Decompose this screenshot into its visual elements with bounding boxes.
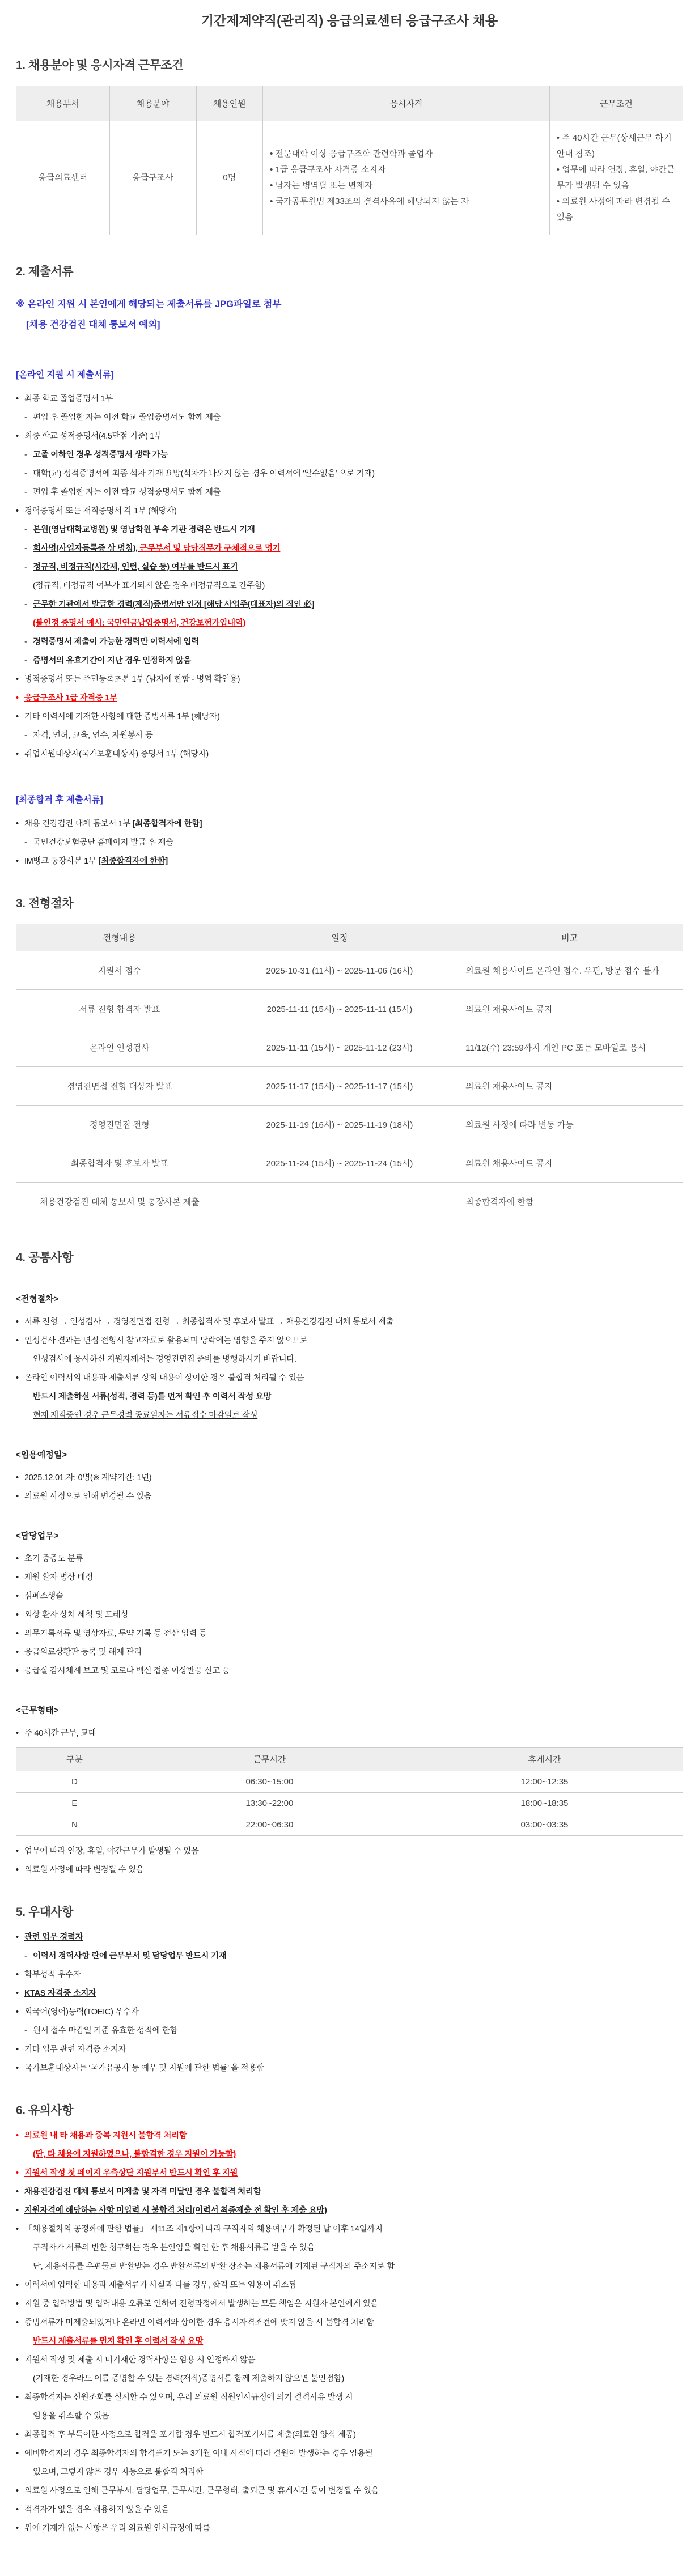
text-run: 편입 후 졸업한 자는 이전 학교 졸업증명서도 함께 제출 xyxy=(33,413,221,422)
text-run: 고졸 이하인 경우 성적증명서 생략 가능 xyxy=(33,450,168,460)
after-pass-submission-list: •채용 건강검진 대체 통보서 1부 [최종합격자에 한함]-국민건강보험공단 … xyxy=(16,819,683,867)
caution-list: •의료원 내 타 채용과 중복 지원시 불합격 처리함(단, 타 채용에 지원하… xyxy=(16,2131,683,2534)
text-run: 병적증명서 또는 주민등록초본 1부 (남자에 한함 - 병역 확인용) xyxy=(24,675,240,684)
list-line: •취업지원대상자(국가보훈대상자) 증명서 1부 (해당자) xyxy=(16,749,683,760)
table-row: D06:30~15:0012:00~12:35 xyxy=(16,1771,683,1793)
text-run: 지원서 작성 및 제출 시 미기재한 경력사항은 임용 시 인정하지 않음 xyxy=(24,2356,255,2365)
list-line: -편입 후 졸업한 자는 이전 학교 졸업증명서도 함께 제출 xyxy=(16,413,683,423)
text-run: 의무기록서류 및 영상자료, 투약 기록 등 전산 입력 등 xyxy=(24,1629,206,1638)
online-submission-list: •최종 학교 졸업증명서 1부-편입 후 졸업한 자는 이전 학교 졸업증명서도… xyxy=(16,394,683,760)
list-line: 구직자가 서류의 반환 청구하는 경우 본인임을 확인 한 후 채용서류를 받을… xyxy=(16,2243,683,2254)
list-line: 단, 채용서류를 우편물로 반환받는 경우 반환서류의 반환 장소는 채용서류에… xyxy=(16,2262,683,2272)
bullet-icon: • xyxy=(16,2430,24,2441)
column-header: 근무시간 xyxy=(133,1748,406,1771)
text-run: 의료원 사정으로 인해 근무부서, 담당업무, 근무시간, 근무형태, 출퇴근 … xyxy=(24,2486,379,2496)
list-line: •증빙서류가 미제출되었거나 온라인 이력서와 상이한 경우 응시자격조건에 맞… xyxy=(16,2318,683,2328)
appointment-list: •2025.12.01.자: 0명(※ 계약기간: 1년)•의료원 사정으로 인… xyxy=(16,1473,683,1502)
table-cell: 2025-10-31 (11시) ~ 2025-11-06 (16시) xyxy=(223,951,456,990)
table-row: 온라인 인성검사2025-11-11 (15시) ~ 2025-11-12 (2… xyxy=(16,1028,683,1067)
bullet-icon: - xyxy=(24,487,33,498)
conditions-cell: • 주 40시간 근무(상세근무 하기 안내 참조)• 업무에 따라 연장, 휴… xyxy=(549,121,683,235)
table-cell: 서류 전형 합격자 발표 xyxy=(16,990,223,1028)
section-5-heading: 5. 우대사항 xyxy=(16,1903,683,1920)
list-line: (불인정 증명서 예시: 국민연금납입증명서, 건강보험가입내역) xyxy=(16,618,683,629)
table-cell: 경영진면접 전형 xyxy=(16,1106,223,1144)
bullet-icon: • xyxy=(16,1647,24,1658)
text-run: (단, 타 채용에 지원하였으나, 불합격한 경우 지원이 가능함) xyxy=(33,2150,236,2159)
list-line: •병적증명서 또는 주민등록초본 1부 (남자에 한함 - 병역 확인용) xyxy=(16,674,683,685)
list-line: •온라인 이력서의 내용과 제출서류 상의 내용이 상이한 경우 불합격 처리될… xyxy=(16,1373,683,1384)
text-run: 최종합격자는 신원조회를 실시할 수 있으며, 우리 의료원 직원인사규정에 의… xyxy=(24,2393,353,2402)
bullet-icon: - xyxy=(24,413,33,423)
table-row: E13:30~22:0018:00~18:35 xyxy=(16,1793,683,1814)
text-run: 학부성적 우수자 xyxy=(24,1970,81,1979)
bullet-icon: • xyxy=(16,819,24,830)
text-run: 예비합격자의 경우 최종합격자의 합격포기 또는 3개월 이내 사직에 따라 결… xyxy=(24,2449,373,2458)
bullet-icon: • xyxy=(16,693,24,704)
text-run: 증빙서류가 미제출되었거나 온라인 이력서와 상이한 경우 응시자격조건에 맞지… xyxy=(24,2318,374,2327)
bullet-icon: • xyxy=(16,506,24,517)
text-run: 반드시 제출하실 서류(성적, 경력 등)를 먼저 확인 후 이력서 작성 요망 xyxy=(33,1392,271,1401)
bullet-icon: • xyxy=(16,712,24,722)
recruitment-table: 채용부서채용분야채용인원응시자격근무조건 응급의료센터 응급구조사 0명 • 전… xyxy=(16,86,683,235)
shift-table: 구분근무시간휴게시간 D06:30~15:0012:00~12:35E13:30… xyxy=(16,1747,683,1836)
bullet-icon: • xyxy=(16,1610,24,1621)
column-header: 채용분야 xyxy=(109,86,196,121)
list-line: -자격, 면허, 교육, 연수, 자원봉사 등 xyxy=(16,730,683,741)
list-line: •「채용절차의 공정화에 관한 법률」 제11조 제1항에 따라 구직자의 채용… xyxy=(16,2224,683,2235)
list-line: •의료원 내 타 채용과 중복 지원시 불합격 처리함 xyxy=(16,2131,683,2141)
bullet-icon: • xyxy=(16,1373,24,1384)
bullet-icon: • xyxy=(16,674,24,685)
list-line: -정규직, 비정규직(시간제, 인턴, 실습 등) 여부를 반드시 표기 xyxy=(16,562,683,573)
list-line: •이력서에 입력한 내용과 제출서류가 사실과 다를 경우, 합격 또는 임용이… xyxy=(16,2280,683,2291)
dept-cell: 응급의료센터 xyxy=(16,121,110,235)
text-run: 본원(영남대학교병원) 및 영남학원 부속 기관 경력은 반드시 기재 xyxy=(33,525,255,534)
bullet-icon: - xyxy=(24,450,33,461)
bullet-icon: - xyxy=(24,656,33,666)
table-cell: 03:00~03:35 xyxy=(406,1814,683,1836)
table-cell: 경영진면접 전형 대상자 발표 xyxy=(16,1067,223,1106)
table-cell: 2025-11-11 (15시) ~ 2025-11-11 (15시) xyxy=(223,990,456,1028)
preference-list: •관련 업무 경력자-이력서 경력사항 란에 근무부서 및 담당업무 반드시 기… xyxy=(16,1932,683,2074)
bullet-icon: • xyxy=(16,2168,24,2179)
qualifications-cell: • 전문대학 이상 응급구조학 관련학과 졸업자• 1급 응급구조사 자격증 소… xyxy=(263,121,550,235)
duties-list: •초기 중증도 분류•재원 환자 병상 배정•심폐소생술•외상 환자 상처 세척… xyxy=(16,1554,683,1677)
text-run: 적격자가 없을 경우 채용하지 않을 수 있음 xyxy=(24,2505,169,2514)
text-run: 구직자가 서류의 반환 청구하는 경우 본인임을 확인 한 후 채용서류를 받을… xyxy=(33,2243,315,2252)
process-subheading: <전형절차> xyxy=(16,1293,683,1304)
text-run: 심폐소생술 xyxy=(24,1592,63,1601)
text-run: 관련 업무 경력자 xyxy=(24,1933,83,1942)
text-run: 의료원 내 타 채용과 중복 지원시 불합격 처리함 xyxy=(24,2131,187,2140)
list-line: •지원 중 입력방법 및 입력내용 오류로 인하여 전형과정에서 발생하는 모든… xyxy=(16,2299,683,2310)
bullet-icon: • xyxy=(16,2318,24,2328)
cell-bullet-line: • 남자는 병역필 또는 면제자 xyxy=(270,178,543,194)
text-run: 기타 업무 관련 자격증 소지자 xyxy=(24,2045,126,2054)
bullet-icon: • xyxy=(16,1491,24,1502)
text-run: 최종 학교 졸업증명서 1부 xyxy=(24,394,113,403)
list-line: •지원서 작성 및 제출 시 미기재한 경력사항은 임용 시 인정하지 않음 xyxy=(16,2355,683,2366)
table-cell: 의료원 채용사이트 공지 xyxy=(456,1144,683,1183)
table-cell: 11/12(수) 23:59까지 개인 PC 또는 모바일로 응시 xyxy=(456,1028,683,1067)
text-run: (불인정 증명서 예시: 국민연금납입증명서, 건강보험가입내역) xyxy=(33,619,245,628)
list-line: •IM뱅크 통장사본 1부 [최종합격자에 한함] xyxy=(16,856,683,867)
section-2-heading: 2. 제출서류 xyxy=(16,262,683,279)
text-run: 이력서에 입력한 내용과 제출서류가 사실과 다를 경우, 합격 또는 임용이 … xyxy=(24,2281,296,2290)
table-header-row: 채용부서채용분야채용인원응시자격근무조건 xyxy=(16,86,683,121)
text-run: 경력증명서 제출이 가능한 경력만 이력서에 입력 xyxy=(33,637,199,647)
list-line: •경력증명서 또는 재직증명서 각 1부 (해당자) xyxy=(16,506,683,517)
text-run: 재원 환자 병상 배정 xyxy=(24,1573,93,1582)
table-cell: 온라인 인성검사 xyxy=(16,1028,223,1067)
text-run: 최종 학교 성적증명서(4.5만점 기준) 1부 xyxy=(24,432,162,441)
text-run: 근무한 기관에서 발급한 경력(재직)증명서만 인정 [해당 사업주(대표자)의… xyxy=(33,600,314,609)
text-run: 자격, 면허, 교육, 연수, 자원봉사 등 xyxy=(33,731,153,740)
list-line: •의료원 사정에 따라 변경될 수 있음 xyxy=(16,1865,683,1876)
list-line: •지원자격에 해당하는 사항 미입력 시 불합격 처리(이력서 최종제출 전 확… xyxy=(16,2205,683,2216)
list-line: -이력서 경력사항 란에 근무부서 및 담당업무 반드시 기재 xyxy=(16,1951,683,1962)
text-run: [최종합격자에 한함] xyxy=(133,819,202,828)
list-line: -고졸 이하인 경우 성적증명서 생략 가능 xyxy=(16,450,683,461)
list-line: •관련 업무 경력자 xyxy=(16,1932,683,1943)
text-run: 국민건강보험공단 홈페이지 발급 후 제출 xyxy=(33,838,173,847)
table-header-row: 전형내용일정비고 xyxy=(16,924,683,951)
list-line: -회사명(사업자등록증 상 명칭), 근무부서 및 담당직무가 구체적으로 명기 xyxy=(16,543,683,554)
list-line: 반드시 제출서류를 먼저 확인 후 이력서 작성 요망 xyxy=(16,2336,683,2347)
column-header: 전형내용 xyxy=(16,924,223,951)
schedule-table: 전형내용일정비고 지원서 접수2025-10-31 (11시) ~ 2025-1… xyxy=(16,924,683,1221)
bullet-icon: • xyxy=(16,1317,24,1328)
bullet-icon: • xyxy=(16,2187,24,2197)
bullet-icon: • xyxy=(16,1572,24,1583)
appointment-subheading: <임용예정일> xyxy=(16,1448,683,1460)
cell-bullet-line: • 주 40시간 근무(상세근무 하기 안내 참조) xyxy=(557,130,676,162)
text-run: 단, 채용서류를 우편물로 반환받는 경우 반환서류의 반환 장소는 채용서류에… xyxy=(33,2262,395,2271)
table-cell: 13:30~22:00 xyxy=(133,1793,406,1814)
text-run: 인성검사에 응시하신 지원자께서는 경영진면접 준비를 병행하시기 바랍니다. xyxy=(33,1355,296,1364)
bullet-icon: - xyxy=(24,1951,33,1962)
text-run: 인성검사 결과는 면접 전형시 참고자료로 활용되며 당락에는 영향을 주지 않… xyxy=(24,1336,308,1345)
text-run: 회사명(사업자등록증 상 명칭), xyxy=(33,544,139,553)
text-run: 서류 전형 → 인성검사 → 경영진면접 전형 → 최종합격자 및 후보자 발표… xyxy=(24,1317,393,1327)
table-row: 지원서 접수2025-10-31 (11시) ~ 2025-11-06 (16시… xyxy=(16,951,683,990)
bullet-icon: • xyxy=(16,2044,24,2055)
bullet-icon: • xyxy=(16,2523,24,2534)
list-line: •심폐소생술 xyxy=(16,1591,683,1602)
bullet-icon: • xyxy=(16,2355,24,2366)
shift-table-body: D06:30~15:0012:00~12:35E13:30~22:0018:00… xyxy=(16,1771,683,1836)
column-header: 채용부서 xyxy=(16,86,110,121)
list-line: •위에 기재가 없는 사항은 우리 의료원 인사규정에 따름 xyxy=(16,2523,683,2534)
text-run: 임용을 취소할 수 있음 xyxy=(33,2412,109,2421)
table-row: 서류 전형 합격자 발표2025-11-11 (15시) ~ 2025-11-1… xyxy=(16,990,683,1028)
bullet-icon: • xyxy=(16,2131,24,2141)
column-header: 휴게시간 xyxy=(406,1748,683,1771)
text-run: KTAS 자격증 소지자 xyxy=(24,1989,96,1998)
list-line: -본원(영남대학교병원) 및 영남학원 부속 기관 경력은 반드시 기재 xyxy=(16,525,683,535)
page-title: 기간제계약직(관리직) 응급의료센터 응급구조사 채용 xyxy=(16,10,683,29)
worktype-intro-list: •주 40시간 근무, 교대 xyxy=(16,1728,683,1739)
bullet-icon: • xyxy=(16,394,24,405)
text-run: 있으며, 그렇지 않은 경우 자동으로 불합격 처리함 xyxy=(33,2468,203,2477)
column-header: 채용인원 xyxy=(196,86,263,121)
text-run: (기재한 경우라도 이를 증명할 수 있는 경력(재직)증명서를 함께 제출하지… xyxy=(33,2374,344,2383)
bullet-icon: - xyxy=(24,543,33,554)
bullet-icon: • xyxy=(16,2007,24,2018)
table-row: N22:00~06:3003:00~03:35 xyxy=(16,1814,683,1836)
text-run: 지원서 작성 첫 페이지 우측상단 지원부서 반드시 확인 후 지원 xyxy=(24,2169,238,2178)
text-run: 지원자격에 해당하는 사항 미입력 시 불합격 처리(이력서 최종제출 전 확인… xyxy=(24,2206,327,2215)
text-run: 외상 환자 상처 세척 및 드레싱 xyxy=(24,1610,128,1619)
notice-line: [채용 건강검진 대체 통보서 예외] xyxy=(16,314,683,335)
list-line: -증명서의 유효기간이 지난 경우 인정하지 않음 xyxy=(16,656,683,666)
table-row: 최종합격자 및 후보자 발표2025-11-24 (15시) ~ 2025-11… xyxy=(16,1144,683,1183)
text-run: 온라인 이력서의 내용과 제출서류 상의 내용이 상이한 경우 불합격 처리될 … xyxy=(24,1374,304,1383)
text-run: IM뱅크 통장사본 1부 xyxy=(24,857,98,866)
bullet-icon: • xyxy=(16,2449,24,2459)
text-run: 정규직, 비정규직(시간제, 인턴, 실습 등) 여부를 반드시 표기 xyxy=(33,563,238,572)
bullet-icon: • xyxy=(16,1554,24,1565)
list-line: •채용건강검진 대체 통보서 미제출 및 자격 미달인 경우 불합격 처리함 xyxy=(16,2187,683,2197)
text-run: 대학(교) 성적증명서에 최종 석차 기재 요망(석차가 나오지 않는 경우 이… xyxy=(33,469,375,478)
process-list: •서류 전형 → 인성검사 → 경영진면접 전형 → 최종합격자 및 후보자 발… xyxy=(16,1317,683,1421)
bullet-icon: • xyxy=(16,2063,24,2074)
worktype-subheading: <근무형태> xyxy=(16,1704,683,1716)
text-run: 외국어(영어)능력(TOEIC) 우수자 xyxy=(24,2008,138,2017)
table-cell: 의료원 채용사이트 공지 xyxy=(456,1067,683,1106)
table-cell: D xyxy=(16,1771,133,1793)
bullet-icon: - xyxy=(24,562,33,573)
text-run: 응급구조사 1급 자격증 1부 xyxy=(24,694,117,703)
text-run: 최종합격 후 부득이한 사정으로 합격을 포기할 경우 반드시 합격포기서를 제… xyxy=(24,2430,356,2439)
list-line: •의무기록서류 및 영상자료, 투약 기록 등 전산 입력 등 xyxy=(16,1629,683,1639)
list-line: •업무에 따라 연장, 휴일, 야간근무가 발생될 수 있음 xyxy=(16,1846,683,1857)
table-header-row: 구분근무시간휴게시간 xyxy=(16,1748,683,1771)
bullet-icon: • xyxy=(16,1336,24,1346)
list-line: (단, 타 채용에 지원하였으나, 불합격한 경우 지원이 가능함) xyxy=(16,2149,683,2160)
table-cell: N xyxy=(16,1814,133,1836)
table-cell: 최종합격자 및 후보자 발표 xyxy=(16,1144,223,1183)
bullet-icon: • xyxy=(16,749,24,760)
list-line: -원서 접수 마감일 기준 유효한 성적에 한함 xyxy=(16,2026,683,2037)
bullet-icon: • xyxy=(16,1728,24,1739)
column-header: 구분 xyxy=(16,1748,133,1771)
table-cell: 지원서 접수 xyxy=(16,951,223,990)
text-run: 응급의료상황판 등록 및 해제 관리 xyxy=(24,1648,142,1657)
column-header: 일정 xyxy=(223,924,456,951)
list-line: •지원서 작성 첫 페이지 우측상단 지원부서 반드시 확인 후 지원 xyxy=(16,2168,683,2179)
list-line: •인성검사 결과는 면접 전형시 참고자료로 활용되며 당락에는 영향을 주지 … xyxy=(16,1336,683,1346)
list-line: •기타 이력서에 기재한 사항에 대한 증빙서류 1부 (해당자) xyxy=(16,712,683,722)
bullet-icon: • xyxy=(16,1666,24,1677)
text-run: 채용 건강검진 대체 통보서 1부 xyxy=(24,819,133,828)
jpg-attach-notice: ※ 온라인 지원 시 본인에게 해당되는 제출서류를 JPG파일로 첨부 [채용… xyxy=(16,294,683,335)
list-line: 인성검사에 응시하신 지원자께서는 경영진면접 준비를 병행하시기 바랍니다. xyxy=(16,1354,683,1365)
table-cell: 2025-11-24 (15시) ~ 2025-11-24 (15시) xyxy=(223,1144,456,1183)
table-cell: 의료원 사정에 따라 변동 가능 xyxy=(456,1106,683,1144)
list-line: 있으며, 그렇지 않은 경우 자동으로 불합격 처리함 xyxy=(16,2467,683,2478)
section-6-heading: 6. 유의사항 xyxy=(16,2101,683,2118)
list-line: •적격자가 없을 경우 채용하지 않을 수 있음 xyxy=(16,2505,683,2515)
table-cell: 22:00~06:30 xyxy=(133,1814,406,1836)
table-cell: E xyxy=(16,1793,133,1814)
text-run: 의료원 사정으로 인해 변경될 수 있음 xyxy=(24,1492,151,1501)
text-run: 근무부서 및 담당직무가 구체적으로 명기 xyxy=(139,544,280,553)
list-line: •외상 환자 상처 세척 및 드레싱 xyxy=(16,1610,683,1621)
cell-bullet-line: • 국가공무원법 제33조의 결격사유에 해당되지 않는 자 xyxy=(270,194,543,210)
list-line: -대학(교) 성적증명서에 최종 석차 기재 요망(석차가 나오지 않는 경우 … xyxy=(16,469,683,479)
list-line: •최종합격자는 신원조회를 실시할 수 있으며, 우리 의료원 직원인사규정에 … xyxy=(16,2392,683,2403)
list-line: •2025.12.01.자: 0명(※ 계약기간: 1년) xyxy=(16,1473,683,1483)
bullet-icon: - xyxy=(24,637,33,648)
table-cell: 채용건강검진 대체 통보서 및 통장사본 제출 xyxy=(16,1183,223,1221)
list-line: •학부성적 우수자 xyxy=(16,1970,683,1980)
bullet-icon: • xyxy=(16,1865,24,1876)
bullet-icon: - xyxy=(24,2026,33,2037)
list-line: •재원 환자 병상 배정 xyxy=(16,1572,683,1583)
bullet-icon: • xyxy=(16,1932,24,1943)
table-row: 경영진면접 전형2025-11-19 (16시) ~ 2025-11-19 (1… xyxy=(16,1106,683,1144)
column-header: 응시자격 xyxy=(263,86,550,121)
bullet-icon: • xyxy=(16,1988,24,1999)
list-line: -국민건강보험공단 홈페이지 발급 후 제출 xyxy=(16,838,683,848)
bullet-icon: - xyxy=(24,730,33,741)
list-line: 반드시 제출하실 서류(성적, 경력 등)를 먼저 확인 후 이력서 작성 요망 xyxy=(16,1392,683,1402)
table-row: 경영진면접 전형 대상자 발표2025-11-17 (15시) ~ 2025-1… xyxy=(16,1067,683,1106)
text-run: 「채용절차의 공정화에 관한 법률」 제11조 제1항에 따라 구직자의 채용여… xyxy=(24,2225,383,2234)
cell-bullet-line: • 업무에 따라 연장, 휴일, 야간근무가 발생될 수 있음 xyxy=(557,162,676,194)
table-cell: 의료원 채용사이트 온라인 접수. 우편, 방문 접수 불가 xyxy=(456,951,683,990)
text-run: 원서 접수 마감일 기준 유효한 성적에 한함 xyxy=(33,2026,177,2035)
list-line: -편입 후 졸업한 자는 이전 학교 성적증명서도 함께 제출 xyxy=(16,487,683,498)
section-4-heading: 4. 공통사항 xyxy=(16,1248,683,1265)
notice-line: ※ 온라인 지원 시 본인에게 해당되는 제출서류를 JPG파일로 첨부 xyxy=(16,294,683,314)
text-run: 업무에 따라 연장, 휴일, 야간근무가 발생될 수 있음 xyxy=(24,1847,199,1856)
bullet-icon: • xyxy=(16,1473,24,1483)
text-run: 위에 기재가 없는 사항은 우리 의료원 인사규정에 따름 xyxy=(24,2524,210,2533)
bullet-icon: • xyxy=(16,2392,24,2403)
list-line: •초기 중증도 분류 xyxy=(16,1554,683,1565)
cell-bullet-line: • 1급 응급구조사 자격증 소지자 xyxy=(270,162,543,178)
list-line: •최종 학교 졸업증명서 1부 xyxy=(16,394,683,405)
bullet-icon: • xyxy=(16,2205,24,2216)
list-line: 현재 재직중인 경우 근무경력 종료일자는 서류접수 마감일로 작성 xyxy=(16,1410,683,1421)
text-run: 의료원 사정에 따라 변경될 수 있음 xyxy=(24,1865,144,1874)
duties-subheading: <담당업무> xyxy=(16,1529,683,1541)
list-line: (기재한 경우라도 이를 증명할 수 있는 경력(재직)증명서를 함께 제출하지… xyxy=(16,2374,683,2384)
field-cell: 응급구조사 xyxy=(109,121,196,235)
bullet-icon: - xyxy=(24,838,33,848)
list-line: (정규직, 비정규직 여부가 표기되지 않은 경우 비정규직으로 간주함) xyxy=(16,581,683,592)
cell-bullet-line: • 의료원 사정에 따라 변경될 수 있음 xyxy=(557,194,676,226)
text-run: (정규직, 비정규직 여부가 표기되지 않은 경우 비정규직으로 간주함) xyxy=(33,581,265,590)
list-line: •KTAS 자격증 소지자 xyxy=(16,1988,683,1999)
table-cell: 06:30~15:00 xyxy=(133,1771,406,1793)
table-cell: 2025-11-17 (15시) ~ 2025-11-17 (15시) xyxy=(223,1067,456,1106)
list-line: •의료원 사정으로 인해 변경될 수 있음 xyxy=(16,1491,683,1502)
list-line: •최종 학교 성적증명서(4.5만점 기준) 1부 xyxy=(16,431,683,442)
section-1-heading: 1. 채용분야 및 응시자격 근무조건 xyxy=(16,56,683,73)
text-run: 이력서 경력사항 란에 근무부서 및 담당업무 반드시 기재 xyxy=(33,1952,226,1961)
list-line: •서류 전형 → 인성검사 → 경영진면접 전형 → 최종합격자 및 후보자 발… xyxy=(16,1317,683,1328)
list-line: •채용 건강검진 대체 통보서 1부 [최종합격자에 한함] xyxy=(16,819,683,830)
bullet-icon: - xyxy=(24,525,33,535)
text-run: 편입 후 졸업한 자는 이전 학교 성적증명서도 함께 제출 xyxy=(33,488,221,497)
table-cell: 18:00~18:35 xyxy=(406,1793,683,1814)
table-cell: 의료원 채용사이트 공지 xyxy=(456,990,683,1028)
list-line: •응급의료상황판 등록 및 해제 관리 xyxy=(16,1647,683,1658)
list-line: •국가보훈대상자는 ‘국가유공자 등 예우 및 지원에 관한 법률’ 을 적용함 xyxy=(16,2063,683,2074)
table-row: 응급의료센터 응급구조사 0명 • 전문대학 이상 응급구조학 관련학과 졸업자… xyxy=(16,121,683,235)
bullet-icon: • xyxy=(16,2486,24,2497)
text-run: 취업지원대상자(국가보훈대상자) 증명서 1부 (해당자) xyxy=(24,750,209,759)
table-cell: 12:00~12:35 xyxy=(406,1771,683,1793)
table-cell: 최종합격자에 한함 xyxy=(456,1183,683,1221)
bullet-icon: • xyxy=(16,2280,24,2291)
list-line: •기타 업무 관련 자격증 소지자 xyxy=(16,2044,683,2055)
bullet-icon: - xyxy=(24,600,33,610)
list-line: •외국어(영어)능력(TOEIC) 우수자 xyxy=(16,2007,683,2018)
list-line: •응급구조사 1급 자격증 1부 xyxy=(16,693,683,704)
list-line: •예비합격자의 경우 최종합격자의 합격포기 또는 3개월 이내 사직에 따라 … xyxy=(16,2449,683,2459)
text-run: 지원 중 입력방법 및 입력내용 오류로 인하여 전형과정에서 발생하는 모든 … xyxy=(24,2299,378,2309)
job-posting-document: 기간제계약직(관리직) 응급의료센터 응급구조사 채용 1. 채용분야 및 응시… xyxy=(0,0,699,2576)
bullet-icon: - xyxy=(24,469,33,479)
text-run: 채용건강검진 대체 통보서 미제출 및 자격 미달인 경우 불합격 처리함 xyxy=(24,2187,261,2196)
list-line: -근무한 기관에서 발급한 경력(재직)증명서만 인정 [해당 사업주(대표자)… xyxy=(16,600,683,610)
text-run: 초기 중증도 분류 xyxy=(24,1554,83,1563)
table-cell: 2025-11-19 (16시) ~ 2025-11-19 (18시) xyxy=(223,1106,456,1144)
column-header: 비고 xyxy=(456,924,683,951)
text-run: 경력증명서 또는 재직증명서 각 1부 (해당자) xyxy=(24,507,176,516)
list-line: •응급실 감시체계 보고 및 코로나 백신 접종 이상반응 신고 등 xyxy=(16,1666,683,1677)
online-submission-header: [온라인 지원 시 제출서류] xyxy=(16,368,683,380)
list-line: -경력증명서 제출이 가능한 경력만 이력서에 입력 xyxy=(16,637,683,648)
text-run: 2025.12.01.자: 0명(※ 계약기간: 1년) xyxy=(24,1473,151,1482)
text-run: 국가보훈대상자는 ‘국가유공자 등 예우 및 지원에 관한 법률’ 을 적용함 xyxy=(24,2064,264,2073)
bullet-icon: • xyxy=(16,1591,24,1602)
bullet-icon: • xyxy=(16,856,24,867)
bullet-icon: • xyxy=(16,2224,24,2235)
text-run: 응급실 감시체계 보고 및 코로나 백신 접종 이상반응 신고 등 xyxy=(24,1667,230,1676)
schedule-table-body: 지원서 접수2025-10-31 (11시) ~ 2025-11-06 (16시… xyxy=(16,951,683,1221)
list-line: 임용을 취소할 수 있음 xyxy=(16,2411,683,2422)
text-run: 기타 이력서에 기재한 사항에 대한 증빙서류 1부 (해당자) xyxy=(24,712,219,721)
table-row: 채용건강검진 대체 통보서 및 통장사본 제출최종합격자에 한함 xyxy=(16,1183,683,1221)
bullet-icon: • xyxy=(16,1970,24,1980)
text-run: 현재 재직중인 경우 근무경력 종료일자는 서류접수 마감일로 작성 xyxy=(33,1411,257,1420)
list-line: •의료원 사정으로 인해 근무부서, 담당업무, 근무시간, 근무형태, 출퇴근… xyxy=(16,2486,683,2497)
worktype-note-list: •업무에 따라 연장, 휴일, 야간근무가 발생될 수 있음•의료원 사정에 따… xyxy=(16,1846,683,1876)
table-cell: 2025-11-11 (15시) ~ 2025-11-12 (23시) xyxy=(223,1028,456,1067)
bullet-icon: • xyxy=(16,1629,24,1639)
section-3-heading: 3. 전형절차 xyxy=(16,894,683,911)
count-cell: 0명 xyxy=(196,121,263,235)
table-cell xyxy=(223,1183,456,1221)
text-run: [최종합격자에 한함] xyxy=(98,857,167,866)
bullet-icon: • xyxy=(16,1846,24,1857)
cell-bullet-line: • 전문대학 이상 응급구조학 관련학과 졸업자 xyxy=(270,146,543,162)
bullet-icon: • xyxy=(16,2299,24,2310)
after-pass-submission-header: [최종합격 후 제출서류] xyxy=(16,793,683,805)
text-run: 증명서의 유효기간이 지난 경우 인정하지 않음 xyxy=(33,656,191,665)
column-header: 근무조건 xyxy=(549,86,683,121)
text-run: 반드시 제출서류를 먼저 확인 후 이력서 작성 요망 xyxy=(33,2337,203,2346)
bullet-icon: • xyxy=(16,2505,24,2515)
text-run: 주 40시간 근무, 교대 xyxy=(24,1729,96,1738)
list-line: •최종합격 후 부득이한 사정으로 합격을 포기할 경우 반드시 합격포기서를 … xyxy=(16,2430,683,2441)
